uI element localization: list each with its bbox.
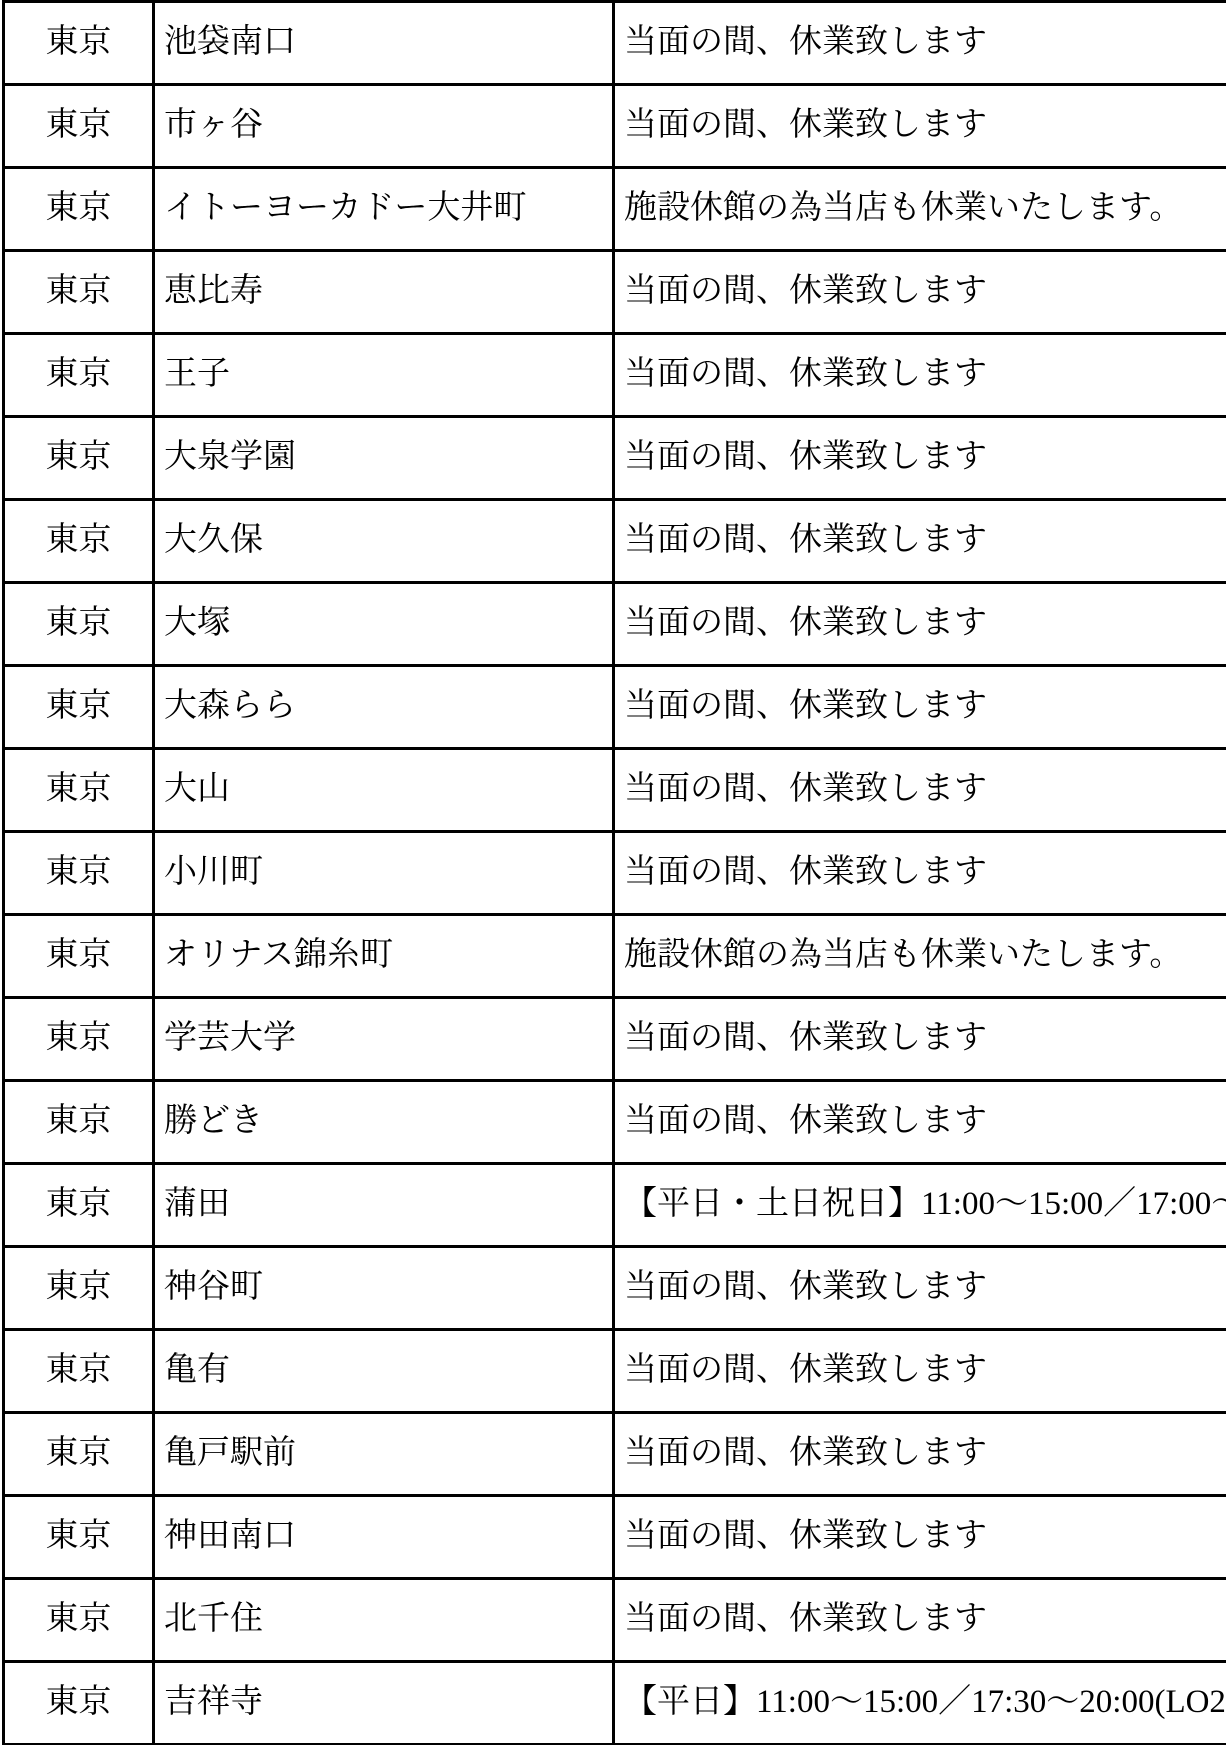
- status-cell: 当面の間、休業致します: [614, 334, 1226, 417]
- prefecture-cell: 東京: [4, 1081, 154, 1164]
- table-row: 東京 オリナス錦糸町 施設休館の為当店も休業いたします。: [4, 915, 1226, 998]
- status-cell: 当面の間、休業致します: [614, 417, 1226, 500]
- store-name-cell: 勝どき: [154, 1081, 614, 1164]
- table-row: 東京 恵比寿 当面の間、休業致します: [4, 251, 1226, 334]
- status-cell: 【平日・土日祝日】11:00～15:00／17:00～20:00: [614, 1164, 1226, 1247]
- store-name-cell: 吉祥寺: [154, 1662, 614, 1745]
- store-name-cell: 小川町: [154, 832, 614, 915]
- store-name-cell: 亀戸駅前: [154, 1413, 614, 1496]
- table-row: 東京 亀戸駅前 当面の間、休業致します: [4, 1413, 1226, 1496]
- status-cell: 当面の間、休業致します: [614, 2, 1226, 85]
- table-row: 東京 吉祥寺 【平日】11:00～15:00／17:30～20:00(LO20:…: [4, 1662, 1226, 1745]
- table-row: 東京 王子 当面の間、休業致します: [4, 334, 1226, 417]
- store-name-cell: 池袋南口: [154, 2, 614, 85]
- status-cell: 当面の間、休業致します: [614, 1579, 1226, 1662]
- status-cell: 当面の間、休業致します: [614, 1413, 1226, 1496]
- prefecture-cell: 東京: [4, 417, 154, 500]
- prefecture-cell: 東京: [4, 583, 154, 666]
- store-name-cell: 蒲田: [154, 1164, 614, 1247]
- status-cell: 当面の間、休業致します: [614, 500, 1226, 583]
- table-row: 東京 勝どき 当面の間、休業致します: [4, 1081, 1226, 1164]
- table-row: 東京 北千住 当面の間、休業致します: [4, 1579, 1226, 1662]
- status-cell: 当面の間、休業致します: [614, 666, 1226, 749]
- store-name-cell: 神谷町: [154, 1247, 614, 1330]
- table-row: 東京 亀有 当面の間、休業致します: [4, 1330, 1226, 1413]
- status-cell: 施設休館の為当店も休業いたします。: [614, 915, 1226, 998]
- prefecture-cell: 東京: [4, 1662, 154, 1745]
- status-cell: 【平日】11:00～15:00／17:30～20:00(LO20:00: [614, 1662, 1226, 1745]
- prefecture-cell: 東京: [4, 168, 154, 251]
- store-name-cell: 大泉学園: [154, 417, 614, 500]
- store-name-cell: 北千住: [154, 1579, 614, 1662]
- table-row: 東京 池袋南口 当面の間、休業致します: [4, 2, 1226, 85]
- table-row: 東京 イトーヨーカドー大井町 施設休館の為当店も休業いたします。: [4, 168, 1226, 251]
- store-name-cell: 神田南口: [154, 1496, 614, 1579]
- prefecture-cell: 東京: [4, 1164, 154, 1247]
- table-row: 東京 大久保 当面の間、休業致します: [4, 500, 1226, 583]
- store-status-table: 東京 池袋南口 当面の間、休業致します 東京 市ヶ谷 当面の間、休業致します 東…: [2, 0, 1226, 1745]
- prefecture-cell: 東京: [4, 1413, 154, 1496]
- store-name-cell: 王子: [154, 334, 614, 417]
- store-name-cell: 大久保: [154, 500, 614, 583]
- store-name-cell: 恵比寿: [154, 251, 614, 334]
- status-cell: 当面の間、休業致します: [614, 1496, 1226, 1579]
- prefecture-cell: 東京: [4, 251, 154, 334]
- prefecture-cell: 東京: [4, 2, 154, 85]
- status-cell: 当面の間、休業致します: [614, 1330, 1226, 1413]
- prefecture-cell: 東京: [4, 749, 154, 832]
- store-name-cell: オリナス錦糸町: [154, 915, 614, 998]
- prefecture-cell: 東京: [4, 998, 154, 1081]
- table-row: 東京 神田南口 当面の間、休業致します: [4, 1496, 1226, 1579]
- store-name-cell: 市ヶ谷: [154, 85, 614, 168]
- table-row: 東京 学芸大学 当面の間、休業致します: [4, 998, 1226, 1081]
- table-row: 東京 小川町 当面の間、休業致します: [4, 832, 1226, 915]
- prefecture-cell: 東京: [4, 832, 154, 915]
- prefecture-cell: 東京: [4, 500, 154, 583]
- table-row: 東京 大山 当面の間、休業致します: [4, 749, 1226, 832]
- prefecture-cell: 東京: [4, 1330, 154, 1413]
- table-row: 東京 大塚 当面の間、休業致します: [4, 583, 1226, 666]
- status-cell: 施設休館の為当店も休業いたします。: [614, 168, 1226, 251]
- status-cell: 当面の間、休業致します: [614, 1081, 1226, 1164]
- prefecture-cell: 東京: [4, 666, 154, 749]
- status-cell: 当面の間、休業致します: [614, 583, 1226, 666]
- status-cell: 当面の間、休業致します: [614, 998, 1226, 1081]
- table-row: 東京 蒲田 【平日・土日祝日】11:00～15:00／17:00～20:00: [4, 1164, 1226, 1247]
- table-row: 東京 神谷町 当面の間、休業致します: [4, 1247, 1226, 1330]
- status-cell: 当面の間、休業致します: [614, 749, 1226, 832]
- table-row: 東京 市ヶ谷 当面の間、休業致します: [4, 85, 1226, 168]
- store-table-body: 東京 池袋南口 当面の間、休業致します 東京 市ヶ谷 当面の間、休業致します 東…: [4, 2, 1226, 1745]
- store-status-page: 東京 池袋南口 当面の間、休業致します 東京 市ヶ谷 当面の間、休業致します 東…: [0, 0, 1226, 1745]
- prefecture-cell: 東京: [4, 334, 154, 417]
- store-name-cell: 大山: [154, 749, 614, 832]
- store-name-cell: 大森らら: [154, 666, 614, 749]
- store-name-cell: 大塚: [154, 583, 614, 666]
- status-cell: 当面の間、休業致します: [614, 1247, 1226, 1330]
- table-row: 東京 大森らら 当面の間、休業致します: [4, 666, 1226, 749]
- prefecture-cell: 東京: [4, 1579, 154, 1662]
- table-row: 東京 大泉学園 当面の間、休業致します: [4, 417, 1226, 500]
- prefecture-cell: 東京: [4, 1496, 154, 1579]
- store-name-cell: 亀有: [154, 1330, 614, 1413]
- status-cell: 当面の間、休業致します: [614, 832, 1226, 915]
- status-cell: 当面の間、休業致します: [614, 251, 1226, 334]
- prefecture-cell: 東京: [4, 915, 154, 998]
- prefecture-cell: 東京: [4, 1247, 154, 1330]
- status-cell: 当面の間、休業致します: [614, 85, 1226, 168]
- store-name-cell: 学芸大学: [154, 998, 614, 1081]
- store-name-cell: イトーヨーカドー大井町: [154, 168, 614, 251]
- prefecture-cell: 東京: [4, 85, 154, 168]
